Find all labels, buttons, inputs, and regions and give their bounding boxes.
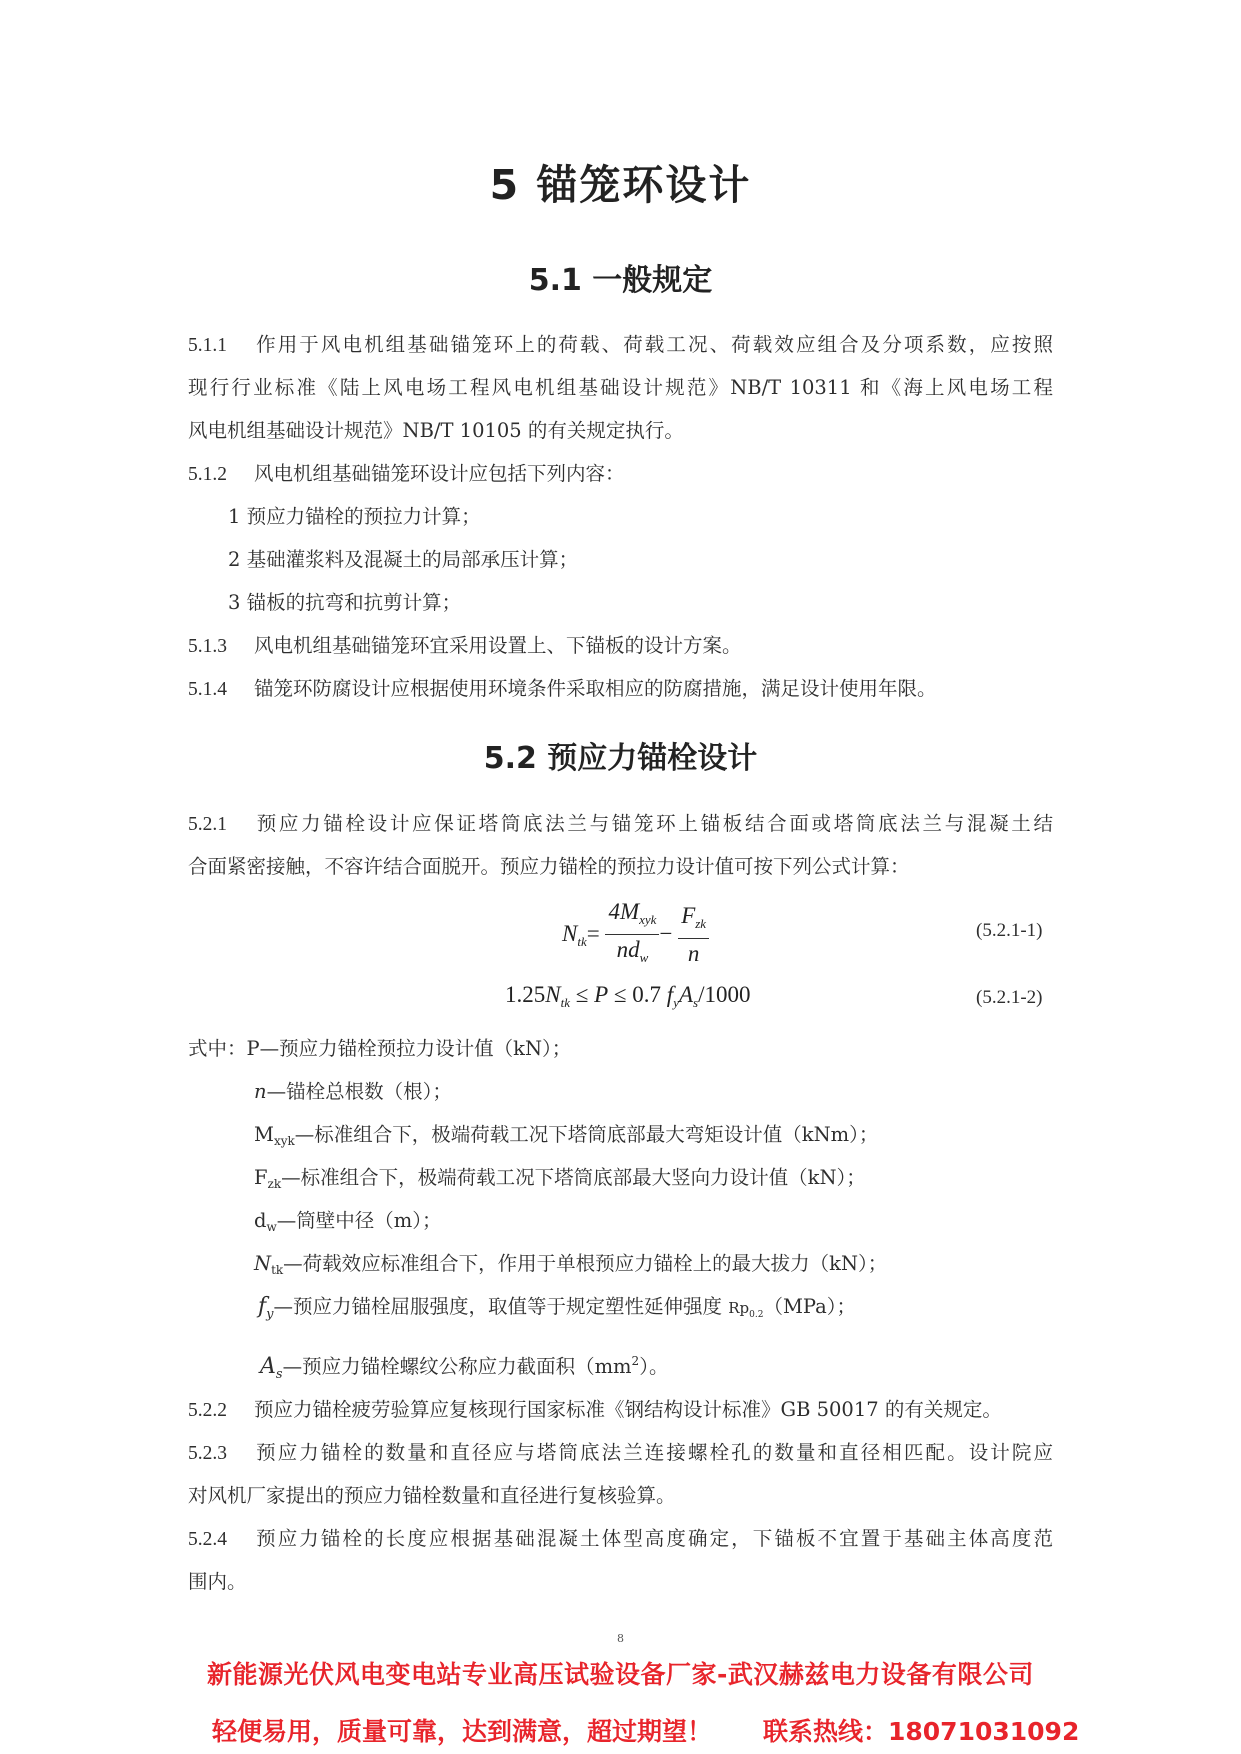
clause-5-1-1-line-2: 现行行业标准《陆上风电场工程风电机组基础设计规范》NB/T 10311 和《海上… bbox=[188, 375, 1053, 401]
list-item: 2 基础灌浆料及混凝土的局部承压计算； bbox=[228, 547, 578, 573]
clause-number: 5.2.4 bbox=[188, 1527, 254, 1553]
clause-5-2-1-line-2: 合面紧密接触，不容许结合面脱开。预应力锚栓的预拉力设计值可按下列公式计算： bbox=[188, 854, 910, 880]
where-p: 式中：P—预应力锚栓预拉力设计值（kN）； bbox=[188, 1036, 571, 1062]
clause-5-2-2: 5.2.2预应力锚栓疲劳验算应复核现行国家标准《钢结构设计标准》GB 50017… bbox=[188, 1397, 1002, 1424]
equation-number: (5.2.1-2) bbox=[976, 987, 1042, 1009]
clause-5-1-3: 5.1.3风电机组基础锚笼环宜采用设置上、下锚板的设计方案。 bbox=[188, 633, 742, 660]
list-item: 3 锚板的抗弯和抗剪计算； bbox=[228, 590, 461, 616]
clause-number: 5.2.1 bbox=[188, 812, 254, 838]
fraction: Fzk n bbox=[678, 902, 709, 969]
clause-5-1-2: 5.1.2风电机组基础锚笼环设计应包括下列内容： bbox=[188, 461, 625, 488]
clause-number: 5.1.3 bbox=[188, 634, 254, 660]
where-as: As—预应力锚栓螺纹公称应力截面积（mm2）。 bbox=[260, 1348, 668, 1388]
clause-number: 5.1.2 bbox=[188, 462, 254, 488]
formula-5-2-1-2: 1.25Ntk ≤ P ≤ 0.7 fyAs/1000 bbox=[505, 982, 750, 1011]
clause-5-2-1-line-1: 5.2.1预应力锚栓设计应保证塔筒底法兰与锚笼环上锚板结合面或塔筒底法兰与混凝土… bbox=[188, 811, 1053, 838]
fraction: 4Mxyk ndw bbox=[605, 898, 659, 973]
where-dw: dw—筒壁中径（m）； bbox=[254, 1208, 442, 1240]
clause-5-2-3-line-2: 对风机厂家提出的预应力锚栓数量和直径进行复核验算。 bbox=[188, 1483, 676, 1509]
document-page: 5 锚笼环设计 5.1 一般规定 5.1.1作用于风电机组基础锚笼环上的荷载、荷… bbox=[0, 0, 1241, 1754]
where-fy: fy—预应力锚栓屈服强度，取值等于规定塑性延伸强度 Rp0.2（MPa）； bbox=[258, 1294, 856, 1328]
clause-5-1-1-line-1: 5.1.1作用于风电机组基础锚笼环上的荷载、荷载工况、荷载效应组合及分项系数，应… bbox=[188, 332, 1053, 359]
where-n: n—锚栓总根数（根）； bbox=[254, 1079, 452, 1105]
clause-number: 5.1.1 bbox=[188, 333, 254, 359]
list-item: 1 预应力锚栓的预拉力计算； bbox=[228, 504, 481, 530]
where-fzk: Fzk—标准组合下，极端荷载工况下塔筒底部最大竖向力设计值（kN）； bbox=[254, 1165, 866, 1197]
section-title-5-2: 5.2 预应力锚栓设计 bbox=[0, 733, 1241, 777]
where-ntk: Ntk—荷载效应标准组合下，作用于单根预应力锚栓上的最大拔力（kN）； bbox=[254, 1251, 887, 1283]
clause-5-2-4-line-1: 5.2.4预应力锚栓的长度应根据基础混凝土体型高度确定，下锚板不宜置于基础主体高… bbox=[188, 1526, 1053, 1553]
clause-number: 5.2.2 bbox=[188, 1398, 254, 1424]
equation-number: (5.2.1-1) bbox=[976, 920, 1042, 942]
clause-5-1-1-line-3: 风电机组基础设计规范》NB/T 10105 的有关规定执行。 bbox=[188, 418, 684, 444]
clause-5-1-4: 5.1.4锚笼环防腐设计应根据使用环境条件采取相应的防腐措施，满足设计使用年限。 bbox=[188, 676, 937, 703]
hotline-text: 联系热线：18071031092 bbox=[763, 1712, 1079, 1748]
clause-number: 5.1.4 bbox=[188, 677, 254, 703]
clause-5-2-3-line-1: 5.2.3预应力锚栓的数量和直径应与塔筒底法兰连接螺栓孔的数量和直径相匹配。设计… bbox=[188, 1440, 1053, 1467]
clause-number: 5.2.3 bbox=[188, 1441, 254, 1467]
company-banner: 新能源光伏风电变电站专业高压试验设备厂家-武汉赫兹电力设备有限公司 bbox=[0, 1655, 1241, 1691]
section-title-5-1: 5.1 一般规定 bbox=[0, 255, 1241, 299]
where-mxyk: Mxyk—标准组合下，极端荷载工况下塔筒底部最大弯矩设计值（kNm）； bbox=[254, 1122, 878, 1154]
chapter-title: 5 锚笼环设计 bbox=[0, 152, 1241, 211]
slogan-text: 轻便易用，质量可靠，达到满意，超过期望！ bbox=[212, 1712, 712, 1748]
formula-5-2-1-1: Ntk= 4Mxyk ndw − Fzk n bbox=[562, 898, 709, 973]
clause-5-2-4-line-2: 围内。 bbox=[188, 1569, 247, 1595]
page-number: 8 bbox=[0, 1632, 1241, 1645]
